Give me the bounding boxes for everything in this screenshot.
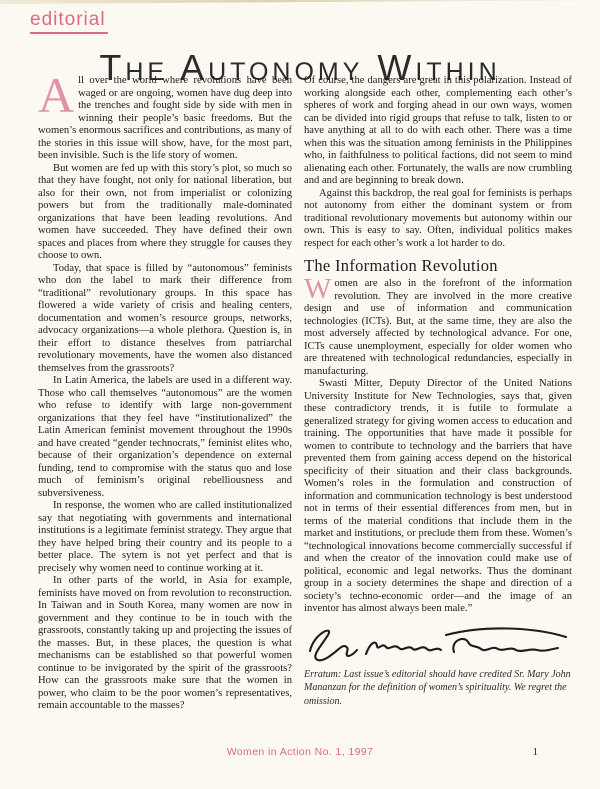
dropcap-letter: A	[38, 77, 74, 113]
paragraph-text: ll over the world where revolutions have…	[38, 75, 292, 161]
article-body: All over the world where revolutions hav…	[38, 75, 572, 713]
dropcap-letter: W	[304, 279, 331, 300]
section-label: editorial	[30, 9, 108, 34]
paragraph: Against this backdrop, the real goal for…	[304, 188, 572, 251]
section-heading: The Information Revolution	[304, 257, 572, 275]
scan-edge-artifact	[0, 0, 600, 4]
paragraph: In Latin America, the labels are used in…	[38, 375, 292, 500]
erratum-label: Erratum:	[304, 669, 341, 680]
paragraph-text: omen are also in the forefront of the in…	[304, 278, 572, 377]
editorial-page: editorial The Autonomy Within All over t…	[0, 0, 600, 789]
paragraph: Swasti Mitter, Deputy Director of the Un…	[304, 378, 572, 616]
paragraph: All over the world where revolutions hav…	[38, 75, 292, 163]
paragraph: But women are fed up with this story’s p…	[38, 163, 292, 263]
paragraph: Women are also in the forefront of the i…	[304, 278, 572, 378]
erratum-text: Last issue’s editorial should have credi…	[304, 669, 571, 707]
footer-page-number: 1	[533, 746, 539, 758]
right-column: Of course, the dangers are great in this…	[304, 75, 572, 713]
paragraph: Of course, the dangers are great in this…	[304, 75, 572, 188]
handwritten-signature	[304, 621, 572, 665]
paragraph: In other parts of the world, in Asia for…	[38, 575, 292, 713]
left-column: All over the world where revolutions hav…	[38, 75, 292, 713]
paragraph: Today, that space is filled by “autonomo…	[38, 263, 292, 376]
erratum-note: Erratum: Last issue’s editorial should h…	[304, 668, 572, 709]
paragraph: In response, the women who are called in…	[38, 500, 292, 575]
footer-journal-title: Women in Action No. 1, 1997	[0, 746, 600, 758]
